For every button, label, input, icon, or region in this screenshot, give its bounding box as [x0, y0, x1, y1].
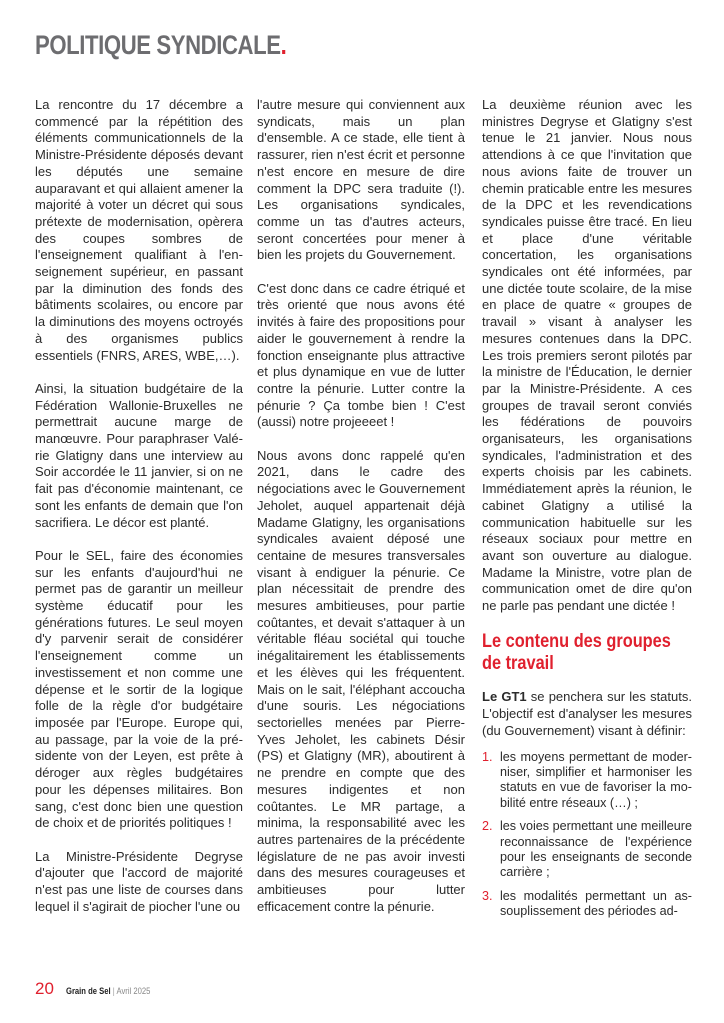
list-item: 3.les modalités permettant un as­souplis…: [482, 889, 692, 920]
paragraph: Ainsi, la situation budgétaire de la Féd…: [35, 381, 243, 531]
publication-info: Grain de Sel | Avril 2025: [66, 986, 150, 996]
section-subheading: Le contenu des groupes de travail: [482, 631, 688, 675]
list-item: 2.les voies permettant une meil­leure re…: [482, 819, 692, 881]
gt1-label: Le GT1: [482, 689, 527, 704]
list-number: 2.: [482, 819, 493, 834]
paragraph: Pour le SEL, faire des économies sur les…: [35, 548, 243, 832]
list-item: 1.les moyens permettant de moder­niser, …: [482, 750, 692, 812]
list-item-text: les moyens permettant de moder­niser, si…: [500, 750, 692, 810]
list-item-text: les modalités permettant un as­souplisse…: [500, 889, 692, 918]
page-footer: 20 Grain de Sel | Avril 2025: [35, 979, 165, 999]
paragraph: C'est donc dans ce cadre étriqué et très…: [257, 281, 465, 431]
list-item-text: les voies permettant une meil­leure reco…: [500, 819, 692, 879]
page-title: POLITIQUE SYNDICALE.: [35, 30, 286, 61]
gt1-paragraph: Le GT1 se penchera sur les statuts. L'ob…: [482, 689, 692, 739]
paragraph: La rencontre du 17 décembre a commencé p…: [35, 97, 243, 364]
page-title-text: POLITIQUE SYNDICALE: [35, 30, 281, 60]
page-number: 20: [35, 979, 54, 999]
publication-date: Avril 2025: [116, 986, 150, 996]
footer-separator: |: [113, 986, 115, 996]
list-number: 3.: [482, 889, 493, 904]
paragraph: La deuxième réunion avec les ministres D…: [482, 97, 692, 615]
paragraph: Nous avons donc rappelé qu'en 2021, dans…: [257, 448, 465, 916]
article-column-3: La deuxième réunion avec les ministres D…: [482, 97, 692, 928]
numbered-list: 1.les moyens permettant de moder­niser, …: [482, 750, 692, 920]
paragraph: La Ministre-Présidente Degryse d'ajouter…: [35, 849, 243, 916]
article-column-2: l'autre mesure qui conviennent aux syndi…: [257, 97, 465, 915]
list-number: 1.: [482, 750, 493, 765]
paragraph: l'autre mesure qui conviennent aux syndi…: [257, 97, 465, 264]
article-column-1: La rencontre du 17 décembre a commencé p…: [35, 97, 243, 915]
publication-name: Grain de Sel: [66, 986, 111, 996]
title-red-dot: .: [281, 30, 287, 60]
